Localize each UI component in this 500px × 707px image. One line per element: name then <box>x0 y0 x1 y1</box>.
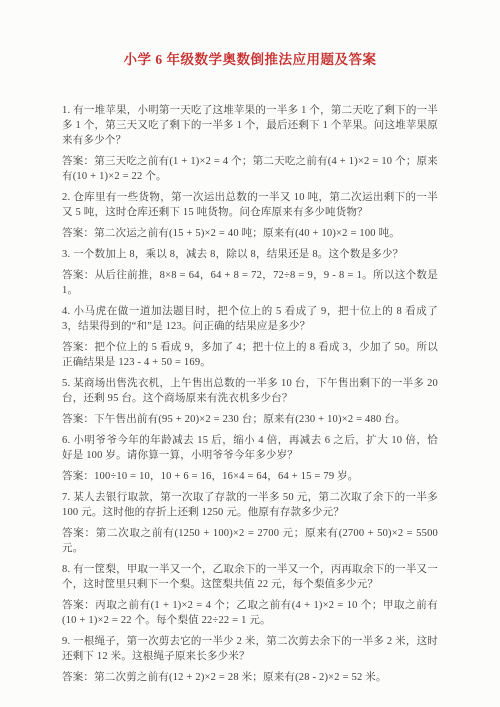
problem-number: 6. <box>62 435 70 446</box>
problem-question: 9. 一根绳子，第一次剪去它的一半少 2 米，第二次剪去余下的一半多 2 米，这… <box>62 634 438 664</box>
problem-number: 2. <box>62 192 70 203</box>
problem-block: 2. 仓库里有一些货物，第一次运出总数的一半又 10 吨，第二次运出剩下的一半又… <box>62 190 438 241</box>
problem-block: 6. 小明爷爷今年的年龄减去 15 后，缩小 4 倍，再减去 6 之后，扩大 1… <box>62 433 438 484</box>
problem-answer: 答案：下午售出前有(95 + 20)×2 = 230 台；原来有(230 + 1… <box>62 412 438 427</box>
problem-question-text: 有一堆苹果，小明第一天吃了这堆苹果的一半多 1 个，第二天吃了剩下的一半多 1 … <box>62 105 438 146</box>
problem-answer: 答案：丙取之前有(1 + 1)×2 = 4 个；乙取之前有(4 + 1)×2 =… <box>62 598 438 628</box>
answer-label: 答案： <box>62 414 94 425</box>
problem-question-text: 某人去银行取款，第一次取了存款的一半多 50 元，第二次取了余下的一半多 100… <box>62 492 438 518</box>
problem-number: 5. <box>62 378 70 389</box>
problem-block: 8. 有一筐梨，甲取一半又一个，乙取余下的一半又一个，丙再取余下的一半又一个，这… <box>62 562 438 628</box>
problem-block: 1. 有一堆苹果，小明第一天吃了这堆苹果的一半多 1 个，第二天吃了剩下的一半多… <box>62 103 438 184</box>
document-page: 小学 6 年级数学奥数倒推法应用题及答案 1. 有一堆苹果，小明第一天吃了这堆苹… <box>0 0 500 707</box>
problem-question-text: 一根绳子，第一次剪去它的一半少 2 米，第二次剪去余下的一半多 2 米，这时还剩… <box>62 636 438 662</box>
problem-block: 9. 一根绳子，第一次剪去它的一半少 2 米，第二次剪去余下的一半多 2 米，这… <box>62 634 438 685</box>
problem-question-text: 有一筐梨，甲取一半又一个，乙取余下的一半又一个，丙再取余下的一半又一个，这时筐里… <box>62 564 438 590</box>
problem-answer: 答案：第三天吃之前有(1 + 1)×2 = 4 个；第二天吃之前有(4 + 1)… <box>62 154 438 184</box>
answer-label: 答案： <box>62 342 94 353</box>
problem-answer-text: 第三天吃之前有(1 + 1)×2 = 4 个；第二天吃之前有(4 + 1)×2 … <box>62 156 438 182</box>
problem-answer-text: 丙取之前有(1 + 1)×2 = 4 个；乙取之前有(4 + 1)×2 = 10… <box>62 600 438 626</box>
problem-answer: 答案：把个位上的 5 看成 9，多加了 4；把十位上的 8 看成 3，少加了 5… <box>62 340 438 370</box>
problem-number: 4. <box>62 306 70 317</box>
problem-number: 7. <box>62 492 70 503</box>
problem-question: 5. 某商场出售洗衣机，上午售出总数的一半多 10 台，下午售出剩下的一半多 2… <box>62 376 438 406</box>
problem-answer-text: 100÷10 = 10，10 + 6 = 16，16×4 = 64，64 + 1… <box>94 471 358 482</box>
problem-answer-text: 第二次运之前有(15 + 5)×2 = 40 吨；原来有(40 + 10)×2 … <box>94 228 400 239</box>
problem-answer-text: 下午售出前有(95 + 20)×2 = 230 台；原来有(230 + 10)×… <box>94 414 406 425</box>
problem-number: 8. <box>62 564 70 575</box>
problem-question: 4. 小马虎在做一道加法题目时，把个位上的 5 看成了 9，把十位上的 8 看成… <box>62 304 438 334</box>
problem-block: 3. 一个数加上 8，乘以 8，减去 8，除以 8，结果还是 8。这个数是多少？… <box>62 247 438 298</box>
problem-block: 5. 某商场出售洗衣机，上午售出总数的一半多 10 台，下午售出剩下的一半多 2… <box>62 376 438 427</box>
problem-answer-text: 把个位上的 5 看成 9，多加了 4；把十位上的 8 看成 3，少加了 50。所… <box>62 342 438 368</box>
problem-question-text: 仓库里有一些货物，第一次运出总数的一半又 10 吨，第二次运出剩下的一半又 5 … <box>62 192 438 218</box>
problem-answer: 答案：第二次取之前有(1250 + 100)×2 = 2700 元；原来有(27… <box>62 526 438 556</box>
answer-label: 答案： <box>62 228 94 239</box>
problems-list: 1. 有一堆苹果，小明第一天吃了这堆苹果的一半多 1 个，第二天吃了剩下的一半多… <box>62 103 438 685</box>
problem-answer: 答案：从后往前推，8×8 = 64，64 + 8 = 72，72÷8 = 9，9… <box>62 268 438 298</box>
problem-answer: 答案：第二次剪之前有(12 + 2)×2 = 28 米；原来有(28 - 2)×… <box>62 670 438 685</box>
answer-label: 答案： <box>62 270 95 281</box>
answer-label: 答案： <box>62 156 94 167</box>
problem-question: 8. 有一筐梨，甲取一半又一个，乙取余下的一半又一个，丙再取余下的一半又一个，这… <box>62 562 438 592</box>
answer-label: 答案： <box>62 672 94 683</box>
problem-question: 2. 仓库里有一些货物，第一次运出总数的一半又 10 吨，第二次运出剩下的一半又… <box>62 190 438 220</box>
answer-label: 答案： <box>62 471 94 482</box>
problem-block: 4. 小马虎在做一道加法题目时，把个位上的 5 看成了 9，把十位上的 8 看成… <box>62 304 438 370</box>
answer-label: 答案： <box>62 600 95 611</box>
problem-question-text: 一个数加上 8，乘以 8，减去 8，除以 8，结果还是 8。这个数是多少？ <box>73 249 403 260</box>
problem-question-text: 某商场出售洗衣机，上午售出总数的一半多 10 台，下午售出剩下的一半多 20 台… <box>62 378 438 404</box>
problem-answer-text: 从后往前推，8×8 = 64，64 + 8 = 72，72÷8 = 9，9 - … <box>62 270 438 296</box>
problem-question-text: 小明爷爷今年的年龄减去 15 后，缩小 4 倍，再减去 6 之后，扩大 10 倍… <box>62 435 438 461</box>
problem-question: 1. 有一堆苹果，小明第一天吃了这堆苹果的一半多 1 个，第二天吃了剩下的一半多… <box>62 103 438 148</box>
problem-number: 9. <box>62 636 70 647</box>
problem-number: 3. <box>62 249 70 260</box>
problem-number: 1. <box>62 105 70 116</box>
answer-label: 答案： <box>62 528 96 539</box>
page-title: 小学 6 年级数学奥数倒推法应用题及答案 <box>62 50 438 70</box>
problem-question-text: 小马虎在做一道加法题目时，把个位上的 5 看成了 9，把十位上的 8 看成了 3… <box>62 306 438 332</box>
problem-answer-text: 第二次取之前有(1250 + 100)×2 = 2700 元；原来有(2700 … <box>62 528 438 554</box>
problem-answer-text: 第二次剪之前有(12 + 2)×2 = 28 米；原来有(28 - 2)×2 =… <box>94 672 387 683</box>
problem-question: 7. 某人去银行取款，第一次取了存款的一半多 50 元，第二次取了余下的一半多 … <box>62 490 438 520</box>
problem-question: 6. 小明爷爷今年的年龄减去 15 后，缩小 4 倍，再减去 6 之后，扩大 1… <box>62 433 438 463</box>
problem-question: 3. 一个数加上 8，乘以 8，减去 8，除以 8，结果还是 8。这个数是多少？ <box>62 247 438 262</box>
problem-block: 7. 某人去银行取款，第一次取了存款的一半多 50 元，第二次取了余下的一半多 … <box>62 490 438 556</box>
problem-answer: 答案：100÷10 = 10，10 + 6 = 16，16×4 = 64，64 … <box>62 469 438 484</box>
problem-answer: 答案：第二次运之前有(15 + 5)×2 = 40 吨；原来有(40 + 10)… <box>62 226 438 241</box>
